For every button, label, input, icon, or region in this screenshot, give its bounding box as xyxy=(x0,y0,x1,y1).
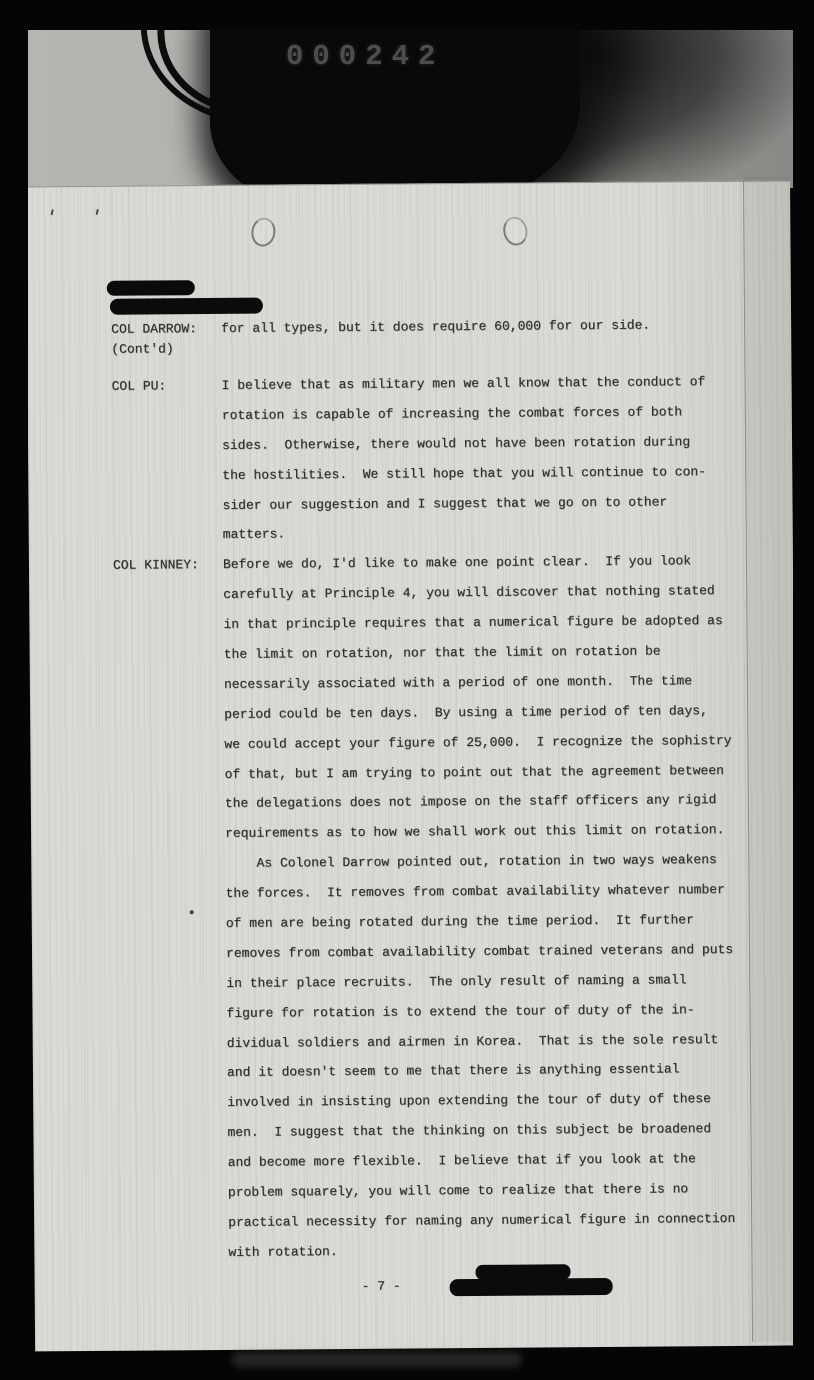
dialogue-entries: COL DARROW: (Cont'd)for all types, but i… xyxy=(111,310,766,1269)
typewritten-line: the limit on rotation, nor that the limi… xyxy=(224,636,762,670)
redaction-bar xyxy=(110,298,263,315)
typewritten-line: and it doesn't seem to me that there is … xyxy=(227,1054,765,1088)
typewritten-line: the forces. It removes from combat avail… xyxy=(225,875,763,909)
dialogue-entry: COL DARROW: (Cont'd)for all types, but i… xyxy=(111,310,759,360)
typewritten-line: problem squarely, you will come to reali… xyxy=(228,1174,766,1208)
typewritten-line: men. I suggest that the thinking on this… xyxy=(227,1114,765,1148)
typewritten-line: requirements as to how we shall work out… xyxy=(225,815,763,849)
typewritten-line: rotation is capable of increasing the co… xyxy=(222,397,760,431)
redaction-bar xyxy=(107,280,195,296)
typewritten-line: As Colonel Darrow pointed out, rotation … xyxy=(225,845,763,879)
speaker-label: COL PU: xyxy=(111,371,222,551)
typewritten-line: of that, but I am trying to point out th… xyxy=(225,755,763,789)
typewritten-line: period could be ten days. By using a tim… xyxy=(224,696,762,730)
typewritten-line: removes from combat availability combat … xyxy=(226,935,764,969)
typewritten-line: of men are being rotated during the time… xyxy=(226,905,764,939)
dialogue-entry: COL KINNEY:Before we do, I'd like to mak… xyxy=(113,546,767,1268)
speech-text: for all types, but it does require 60,00… xyxy=(221,310,759,359)
typewritten-line: the hostilities. We still hope that you … xyxy=(222,456,760,490)
film-edge-right xyxy=(793,0,814,1380)
typewritten-line: necessarily associated with a period of … xyxy=(224,666,762,700)
typewritten-line: involved in insisting upon extending the… xyxy=(227,1084,765,1118)
transcript: COL DARROW: (Cont'd)for all types, but i… xyxy=(111,310,767,1304)
typewritten-line: we could accept your figure of 25,000. I… xyxy=(224,725,762,759)
frame-counter-device: 000242 xyxy=(210,26,580,188)
pen-mark xyxy=(51,209,54,215)
film-frame-background: 000242 xyxy=(28,26,794,188)
speech-text: Before we do, I'd like to make one point… xyxy=(223,546,767,1268)
typewritten-line: practical necessity for naming any numer… xyxy=(228,1204,766,1238)
typewritten-line: and become more flexible. I believe that… xyxy=(228,1144,766,1178)
scan-smudge xyxy=(232,1352,522,1367)
document-page: COL DARROW: (Cont'd)for all types, but i… xyxy=(26,180,799,1351)
typewritten-line: sides. Otherwise, there would not have b… xyxy=(222,426,760,460)
punch-hole xyxy=(501,214,531,247)
typewritten-line: matters. xyxy=(223,516,761,550)
redaction-bar xyxy=(450,1278,613,1296)
pen-mark xyxy=(96,209,99,215)
page-number: - 7 - xyxy=(119,1268,767,1303)
punch-hole xyxy=(249,216,277,248)
speech-text: I believe that as military men we all kn… xyxy=(221,367,760,551)
typewritten-line: figure for rotation is to extend the tou… xyxy=(226,994,764,1028)
typewritten-line: with rotation. xyxy=(228,1234,766,1268)
typewritten-line: in that principle requires that a numeri… xyxy=(223,606,761,640)
dialogue-entry: COL PU:I believe that as military men we… xyxy=(111,367,760,551)
typewritten-line: sider our suggestion and I suggest that … xyxy=(222,486,760,520)
typewritten-line: carefully at Principle 4, you will disco… xyxy=(223,576,761,610)
typewritten-line: the delegations does not impose on the s… xyxy=(225,785,763,819)
speaker-label: COL DARROW: (Cont'd) xyxy=(111,314,221,360)
film-edge-left xyxy=(0,0,28,1380)
typewritten-line: Before we do, I'd like to make one point… xyxy=(223,546,761,580)
typewritten-line: dividual soldiers and airmen in Korea. T… xyxy=(227,1024,765,1058)
frame-counter: 000242 xyxy=(286,40,444,73)
typewritten-line: I believe that as military men we all kn… xyxy=(221,367,759,401)
typewritten-line: for all types, but it does require 60,00… xyxy=(221,310,759,344)
microfilm-scan: 000242 COL DARROW: (Cont'd)for all types… xyxy=(0,0,814,1380)
speaker-label: COL KINNEY: xyxy=(113,550,229,1268)
film-edge-top xyxy=(0,0,814,30)
typewritten-line: in their place recruits. The only result… xyxy=(226,965,764,999)
